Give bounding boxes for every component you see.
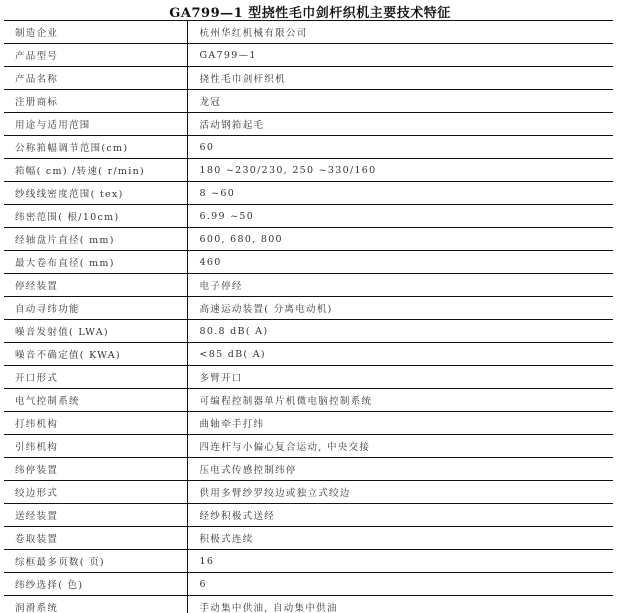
spec-label: 停经装置	[4, 274, 187, 297]
spec-label: 注册商标	[4, 90, 187, 113]
table-row: 纬停装置压电式传感控制纬停	[4, 458, 613, 481]
table-row: 筘幅( cm) /转速( r/min)180 ~230/230, 250 ~33…	[4, 159, 613, 182]
spec-label: 开口形式	[4, 366, 187, 389]
spec-value: 可编程控制器单片机微电脑控制系统	[187, 389, 613, 412]
spec-value: 60	[187, 136, 613, 159]
table-row: 引纬机构四连杆与小偏心复合运动, 中央交接	[4, 435, 613, 458]
table-row: 经轴盘片直径( mm)600, 680, 800	[4, 228, 613, 251]
spec-table-body: 制造企业杭州华红机械有限公司产品型号GA799—1产品名称挠性毛巾剑杆织机注册商…	[4, 21, 613, 613]
spec-label: 公称筘幅调节范围(cm)	[4, 136, 187, 159]
spec-label: 打纬机构	[4, 412, 187, 435]
spec-value: 挠性毛巾剑杆织机	[187, 67, 613, 90]
table-title: GA799—1 型挠性毛巾剑杆织机主要技术特征	[0, 2, 620, 21]
table-row: 噪音不确定值( KWA) <85 dB( A)	[4, 343, 613, 366]
spec-value: 龙冠	[187, 90, 613, 113]
spec-value: 多臂开口	[187, 366, 613, 389]
table-row: 制造企业杭州华红机械有限公司	[4, 21, 613, 44]
spec-label: 综框最多页数( 页)	[4, 550, 187, 573]
spec-value: 电子停经	[187, 274, 613, 297]
spec-label: 产品型号	[4, 44, 187, 67]
spec-value: <85 dB( A)	[187, 343, 613, 366]
spec-value: 6.99 ~50	[187, 205, 613, 228]
table-row: 最大卷布直径( mm)460	[4, 251, 613, 274]
spec-value: 经纱积极式送经	[187, 504, 613, 527]
table-row: 电气控制系统可编程控制器单片机微电脑控制系统	[4, 389, 613, 412]
table-row: 润滑系统手动集中供油, 自动集中供油	[4, 596, 613, 613]
spec-value: 杭州华红机械有限公司	[187, 21, 613, 44]
table-row: 纱线线密度范围( tex)8 ~60	[4, 182, 613, 205]
spec-label: 噪音发射值( LWA)	[4, 320, 187, 343]
spec-value: 供用多臂纱罗绞边或独立式绞边	[187, 481, 613, 504]
spec-value: 四连杆与小偏心复合运动, 中央交接	[187, 435, 613, 458]
spec-label: 自动寻纬功能	[4, 297, 187, 320]
spec-label: 引纬机构	[4, 435, 187, 458]
spec-value: 手动集中供油, 自动集中供油	[187, 596, 613, 613]
spec-label: 纬停装置	[4, 458, 187, 481]
spec-table: 制造企业杭州华红机械有限公司产品型号GA799—1产品名称挠性毛巾剑杆织机注册商…	[4, 20, 613, 613]
spec-value: 600, 680, 800	[187, 228, 613, 251]
spec-value: 80.8 dB( A)	[187, 320, 613, 343]
spec-label: 制造企业	[4, 21, 187, 44]
spec-label: 送经装置	[4, 504, 187, 527]
spec-value: 曲轴牵手打纬	[187, 412, 613, 435]
table-row: 纬纱选择( 色)6	[4, 573, 613, 596]
spec-label: 产品名称	[4, 67, 187, 90]
table-row: 自动寻纬功能高速运动装置( 分离电动机)	[4, 297, 613, 320]
table-row: 打纬机构曲轴牵手打纬	[4, 412, 613, 435]
spec-label: 润滑系统	[4, 596, 187, 613]
table-row: 公称筘幅调节范围(cm)60	[4, 136, 613, 159]
spec-label: 筘幅( cm) /转速( r/min)	[4, 159, 187, 182]
spec-value: 180 ~230/230, 250 ~330/160	[187, 159, 613, 182]
spec-value: 8 ~60	[187, 182, 613, 205]
table-row: 纬密范围( 根/10cm)6.99 ~50	[4, 205, 613, 228]
spec-value: 460	[187, 251, 613, 274]
spec-label: 用途与适用范围	[4, 113, 187, 136]
table-row: 产品名称挠性毛巾剑杆织机	[4, 67, 613, 90]
table-row: 卷取装置积极式连续	[4, 527, 613, 550]
spec-value: 压电式传感控制纬停	[187, 458, 613, 481]
spec-label: 电气控制系统	[4, 389, 187, 412]
table-row: 噪音发射值( LWA)80.8 dB( A)	[4, 320, 613, 343]
spec-value: 积极式连续	[187, 527, 613, 550]
spec-label: 最大卷布直径( mm)	[4, 251, 187, 274]
spec-label: 纱线线密度范围( tex)	[4, 182, 187, 205]
spec-value: GA799—1	[187, 44, 613, 67]
spec-label: 经轴盘片直径( mm)	[4, 228, 187, 251]
table-row: 送经装置经纱积极式送经	[4, 504, 613, 527]
table-row: 注册商标龙冠	[4, 90, 613, 113]
spec-label: 绞边形式	[4, 481, 187, 504]
table-row: 用途与适用范围活动钢筘起毛	[4, 113, 613, 136]
spec-value: 16	[187, 550, 613, 573]
table-row: 绞边形式供用多臂纱罗绞边或独立式绞边	[4, 481, 613, 504]
spec-label: 噪音不确定值( KWA)	[4, 343, 187, 366]
spec-value: 活动钢筘起毛	[187, 113, 613, 136]
spec-label: 纬纱选择( 色)	[4, 573, 187, 596]
spec-label: 卷取装置	[4, 527, 187, 550]
spec-label: 纬密范围( 根/10cm)	[4, 205, 187, 228]
table-row: 综框最多页数( 页)16	[4, 550, 613, 573]
table-row: 产品型号GA799—1	[4, 44, 613, 67]
spec-value: 6	[187, 573, 613, 596]
table-row: 开口形式多臂开口	[4, 366, 613, 389]
table-row: 停经装置电子停经	[4, 274, 613, 297]
spec-value: 高速运动装置( 分离电动机)	[187, 297, 613, 320]
